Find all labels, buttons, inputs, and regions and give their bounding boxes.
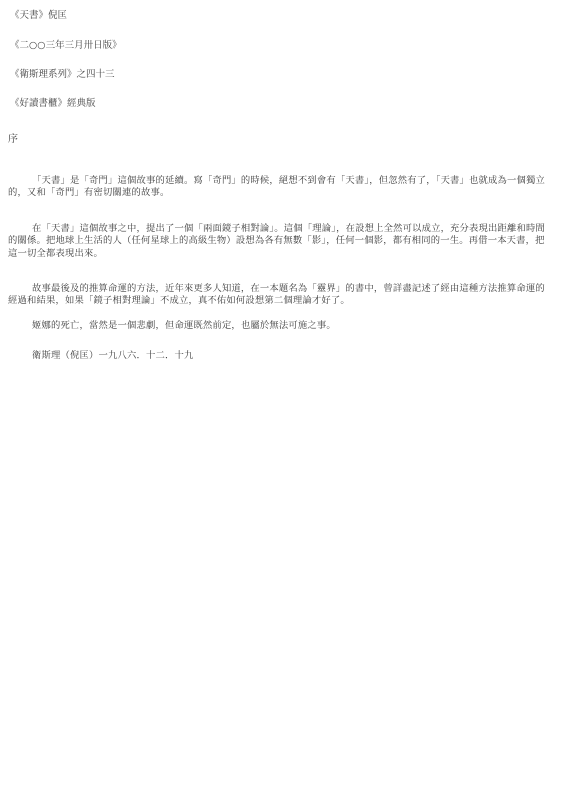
preface-paragraph-2: 在「天書」這個故事之中，提出了一個「兩面鏡子相對論」。這個「理論」，在設想上全然… — [8, 223, 548, 260]
book-title-line: 《天書》倪匡 — [10, 10, 67, 22]
edition-date-line: 《二○○三年三月卅日版》 — [10, 40, 122, 52]
preface-paragraph-4: 姬娜的死亡，當然是一個悲劇，但命運既然前定，也屬於無法可施之事。 — [8, 320, 548, 332]
publisher-edition-line: 《好讀書櫃》經典版 — [10, 98, 96, 110]
series-line: 《衛斯理系列》之四十三 — [10, 69, 115, 81]
preface-paragraph-1: 「天書」是「奇門」這個故事的延續。寫「奇門」的時候，絕想不到會有「天書」，但忽然… — [8, 175, 548, 200]
preface-signature: 衛斯理（倪匡）一九八六．十二．十九 — [8, 350, 548, 362]
preface-heading: 序 — [8, 134, 18, 146]
document-page: 《天書》倪匡 《二○○三年三月卅日版》 《衛斯理系列》之四十三 《好讀書櫃》經典… — [0, 0, 566, 800]
preface-paragraph-3: 故事最後及的推算命運的方法，近年來更多人知道，在一本題名為「靈界」的書中，曾詳盡… — [8, 283, 548, 308]
